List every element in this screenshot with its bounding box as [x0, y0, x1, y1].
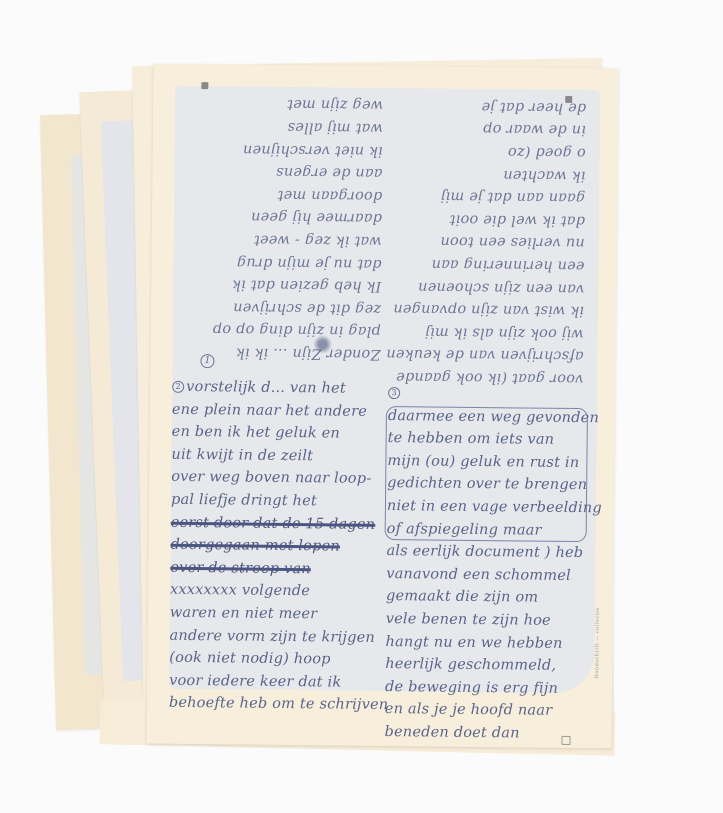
- handwritten-line: pal liefje dringt het: [171, 489, 386, 514]
- struck-out-line: eerst door dat de 15 dagen: [171, 511, 386, 536]
- boxed-line: of afspiegeling maar: [387, 518, 587, 543]
- boxed-line: te hebben om iets van: [388, 427, 588, 452]
- line-text: vorstelijk d... van het: [186, 379, 346, 397]
- struck-out-line: over de streep van: [170, 557, 385, 582]
- handwritten-line: heerlijk geschommeld,: [385, 653, 585, 678]
- struck-out-line: doorgegaan met lopen: [170, 534, 385, 559]
- handwritten-line: wat mij alles: [183, 114, 383, 139]
- handwritten-section-3: 3 daarmee een weg gevonden te hebben om …: [384, 382, 588, 746]
- handwritten-line: aan de ergens: [182, 160, 382, 185]
- handwritten-line: ik niet verschijnen: [183, 137, 383, 162]
- upside-down-text-right: voor gaat (ik ook gaande afschrijven van…: [388, 94, 586, 390]
- handwritten-line: gaan aan dat je mij: [390, 184, 585, 209]
- handwritten-line: vele benen te zijn hoe: [386, 608, 586, 633]
- handwritten-line: de beweging is erg fijn: [385, 676, 585, 701]
- boxed-line: daarmee een weg gevonden: [388, 405, 588, 430]
- handwritten-line: andere vorm zijn te krijgen: [169, 624, 384, 649]
- handwritten-line: Ik heb gezien dat ik: [181, 273, 381, 298]
- handwritten-line: 3: [388, 382, 588, 407]
- handwritten-line: ik wachten: [390, 162, 585, 187]
- handwritten-line: xxxxxxxx volgende: [170, 579, 385, 604]
- handwritten-line: vanavond een schommel: [386, 563, 586, 588]
- handwritten-line: in de waar op: [391, 117, 586, 142]
- handwritten-line: beneden doet dan: [384, 721, 584, 746]
- handwritten-line: wij ook zijn als ik mij: [389, 320, 584, 345]
- handwritten-line: gemaakt die zijn om: [386, 585, 586, 610]
- handwritten-line: uit kwijt in de zeilt: [171, 444, 386, 469]
- handwritten-line: plag in zijn ding op op: [181, 318, 381, 343]
- handwritten-line: afschrijven van de keuken: [388, 343, 583, 368]
- handwritten-line: en als je je hoofd naar: [385, 698, 585, 723]
- page-number-mark: 1: [200, 354, 214, 368]
- handwritten-line: zeg dit de schrijven: [181, 295, 381, 320]
- handwritten-line: o goed (zo: [391, 139, 586, 164]
- boxed-line: niet in een vage verbeelding: [387, 495, 587, 520]
- handwritten-line: 2vorstelijk d... van het: [172, 376, 387, 401]
- handwritten-line: voor iedere keer dat ik: [169, 669, 384, 694]
- handwritten-line: een herinnering aan: [389, 252, 584, 277]
- handwritten-line: van een zijn schoenen: [389, 275, 584, 300]
- handwritten-line: wat ik zeg - weet: [182, 227, 382, 252]
- handwritten-line: nu verlies een toon: [390, 230, 585, 255]
- boxed-line: gedichten over te brengen: [387, 472, 587, 497]
- handwritten-line: (ook niet nodig) hoop: [169, 647, 384, 672]
- section-number-mark: 3: [388, 387, 400, 399]
- boxed-line: als eerlijk document ) heb: [386, 540, 586, 565]
- handwritten-line: ik wist van zijn opvangen: [389, 297, 584, 322]
- handwritten-line: daarmee hij geen: [182, 205, 382, 230]
- handwritten-line: en ben ik het geluk en: [172, 421, 387, 446]
- printed-footer-text: Handschrift — collectie: [594, 607, 601, 678]
- handwritten-line: ene plein naar het andere: [172, 398, 387, 423]
- handwritten-line: waren en niet meer: [170, 602, 385, 627]
- handwritten-line: de heer dat je: [391, 94, 586, 119]
- handwritten-line: doorgaan met: [182, 182, 382, 207]
- handwritten-line: dat ik wel die ooit: [390, 207, 585, 232]
- handwritten-line: hangt nu en we hebben: [385, 631, 585, 656]
- pin-hole-icon: [201, 82, 208, 89]
- handwritten-line: dat nu je mijn drug: [181, 250, 381, 275]
- section-number-mark: 2: [172, 381, 184, 393]
- main-manuscript-page: Zonder Zijn ... ik ik plag in zijn ding …: [146, 64, 618, 749]
- boxed-line: mijn (ou) geluk en rust in: [387, 450, 587, 475]
- upside-down-text-left: Zonder Zijn ... ik ik plag in zijn ding …: [180, 92, 383, 365]
- handwritten-section-2: 2vorstelijk d... van het ene plein naar …: [169, 376, 388, 717]
- ink-scribble: [313, 335, 333, 353]
- handwritten-line: behoefte heb om te schrijven: [169, 692, 384, 717]
- handwritten-line: weg zijn met: [183, 92, 383, 117]
- handwritten-line: over weg boven naar loop-: [171, 466, 386, 491]
